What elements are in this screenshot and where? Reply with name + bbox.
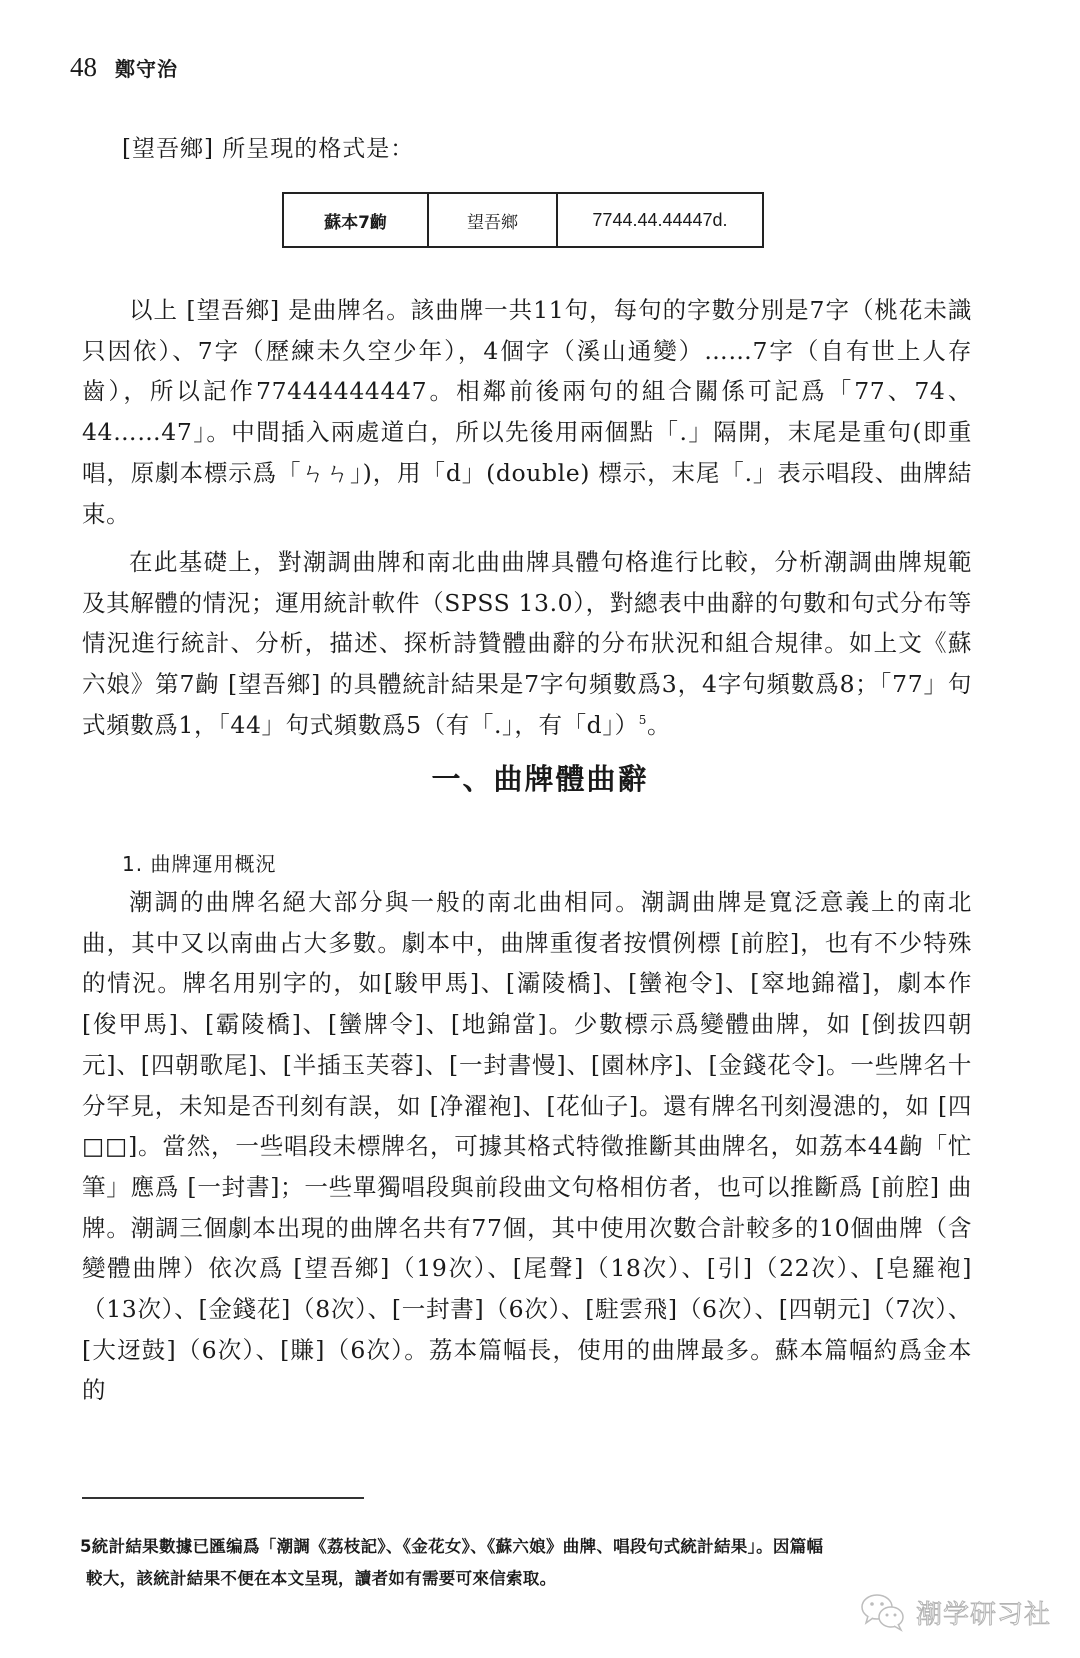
footnote-line-1: 5統計結果數據已匯编爲「潮調《荔枝記》、《金花女》、《蘇六娘》曲牌、唱段句式統計…: [80, 1537, 823, 1556]
footnote-divider: [82, 1497, 364, 1499]
paragraph-text: 潮調的曲牌名絕大部分與一般的南北曲相同。潮調曲牌是寬泛意義上的南北曲，其中又以南…: [82, 882, 972, 1411]
footnote-line-2: 較大，該統計結果不便在本文呈現，讀者如有需要可來信索取。: [80, 1563, 980, 1595]
paragraph-1: 以上 [望吾鄉] 是曲牌名。該曲牌一共11句，每句的字數分別是7字（桃花未識只因…: [82, 290, 972, 534]
page-header: 48 鄭守治: [70, 52, 178, 83]
subsection-heading: 1. 曲牌運用概況: [122, 848, 276, 877]
footnote-reference[interactable]: 5: [639, 713, 647, 727]
running-author: 鄭守治: [115, 53, 178, 82]
footnote: 5統計結果數據已匯编爲「潮調《荔枝記》、《金花女》、《蘇六娘》曲牌、唱段句式統計…: [80, 1531, 980, 1595]
paragraph-text: 以上 [望吾鄉] 是曲牌名。該曲牌一共11句，每句的字數分別是7字（桃花未識只因…: [82, 290, 972, 534]
paragraph-text-end: 。: [647, 711, 671, 739]
page-number: 48: [70, 52, 97, 83]
watermark: 潮学研习社: [860, 1592, 1051, 1632]
paragraph-3: 潮調的曲牌名絕大部分與一般的南北曲相同。潮調曲牌是寬泛意義上的南北曲，其中又以南…: [82, 882, 972, 1411]
wechat-icon: [860, 1592, 906, 1632]
paragraph-text-main: 在此基礎上，對潮調曲牌和南北曲曲牌具體句格進行比較，分析潮調曲牌規範及其解體的情…: [82, 548, 972, 739]
watermark-text: 潮学研习社: [916, 1594, 1051, 1631]
table-row: 蘇本7齣 望吾鄉 7744.44.44447d.: [283, 193, 763, 247]
table-cell-format: 7744.44.44447d.: [557, 193, 763, 247]
paragraph-2: 在此基礎上，對潮調曲牌和南北曲曲牌具體句格進行比較，分析潮調曲牌規範及其解體的情…: [82, 542, 972, 746]
format-example-table: 蘇本7齣 望吾鄉 7744.44.44447d.: [282, 192, 764, 248]
table-cell-source: 蘇本7齣: [283, 193, 428, 247]
format-intro: [望吾鄉] 所呈現的格式是：: [122, 130, 414, 163]
section-heading: 一、曲牌體曲辭: [0, 757, 1080, 798]
table-cell-qupai: 望吾鄉: [428, 193, 557, 247]
paragraph-text: 在此基礎上，對潮調曲牌和南北曲曲牌具體句格進行比較，分析潮調曲牌規範及其解體的情…: [82, 542, 972, 746]
